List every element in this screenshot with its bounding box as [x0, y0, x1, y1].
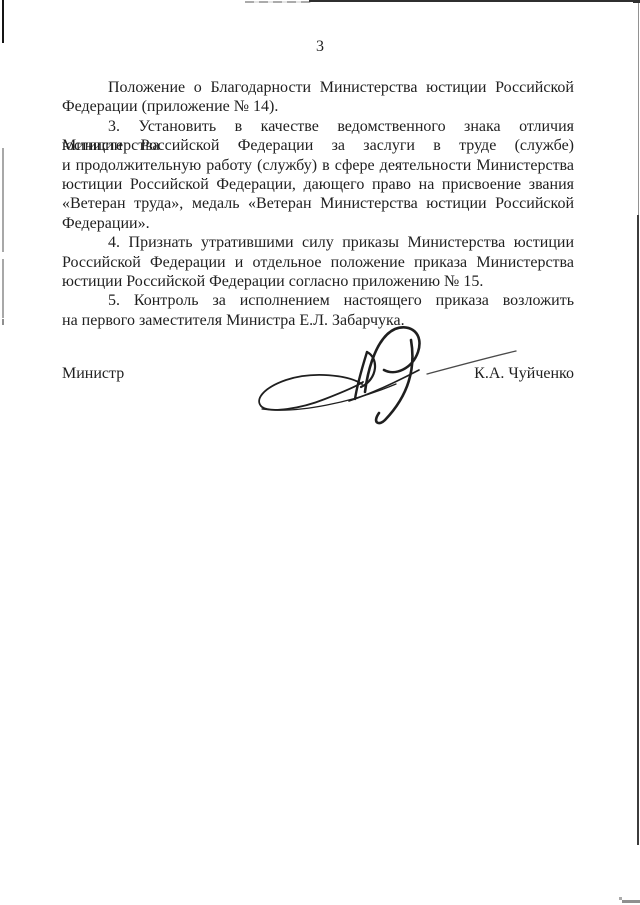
scan-artifact-right-gray-line [638, 3, 640, 215]
text-line: Федерации (приложение № 14). [62, 97, 574, 116]
text-line: «Ветеран труда», медаль «Ветеран Министе… [62, 194, 574, 213]
text-line: юстиции Российской Федерации за заслуги … [62, 136, 574, 155]
scan-artifact-top-dashed-line [245, 1, 311, 3]
text-line: 5. Контроль за исполнением настоящего пр… [62, 291, 574, 310]
text-line: 4. Признать утратившими силу приказы Мин… [62, 233, 574, 252]
text-line: Федерации». [62, 214, 574, 233]
paragraph: 3. Установить в качестве ведомственного … [62, 117, 574, 233]
scan-artifact-left-tick [2, 319, 5, 325]
scan-artifact-left-gray-line [2, 148, 4, 252]
scan-artifact-left-black-bar [2, 0, 5, 43]
paragraph: Положение о Благодарности Министерства ю… [62, 78, 574, 117]
text-line: Положение о Благодарности Министерства ю… [62, 78, 574, 97]
minister-signature-icon [253, 324, 523, 439]
paragraph: 4. Признать утратившими силу приказы Мин… [62, 233, 574, 291]
document-body: Положение о Благодарности Министерства ю… [62, 78, 574, 330]
text-line: и продолжительную работу (службу) в сфер… [62, 156, 574, 175]
scan-artifact-bottom-right-dot [619, 897, 622, 900]
text-line: юстиции Российской Федерации согласно пр… [62, 272, 574, 291]
page-number: 3 [0, 37, 640, 56]
scan-artifact-bottom-right-line [622, 900, 640, 903]
signatory-title: Министр [62, 364, 124, 383]
scan-artifact-top-dark-line [309, 0, 640, 2]
scan-artifact-left-gray-line [2, 259, 4, 318]
scan-artifact-right-dark-line [637, 215, 640, 845]
text-line: юстиции Российской Федерации, дающего пр… [62, 175, 574, 194]
text-line: 3. Установить в качестве ведомственного … [62, 117, 574, 136]
text-line: Российской Федерации и отдельное положен… [62, 253, 574, 272]
scanned-document-page: 3 Положение о Благодарности Министерства… [0, 0, 640, 905]
